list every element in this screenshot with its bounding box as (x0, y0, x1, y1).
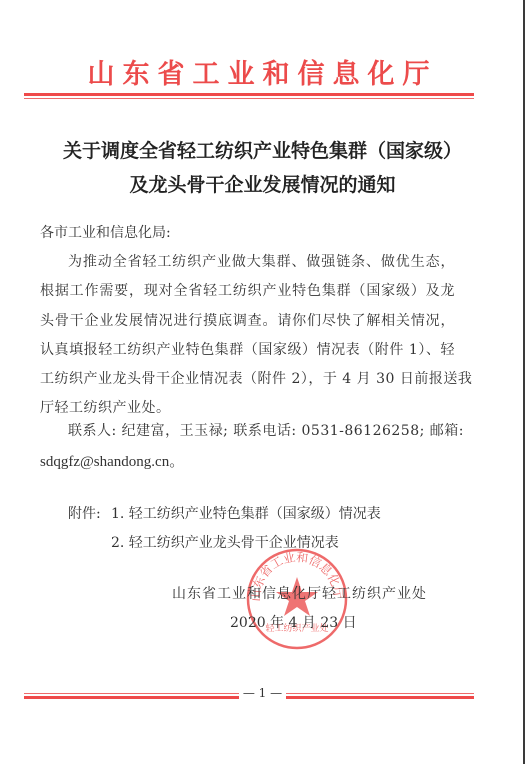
document-title-line2: 及龙头骨干企业发展情况的通知 (0, 168, 525, 202)
document-title-line1: 关于调度全省轻工纺织产业特色集群（国家级） (0, 134, 525, 168)
contact-email: sdqgfz@shandong.cn。 (40, 450, 184, 471)
contact-line: 联系人: 纪建富，王玉禄; 联系电话: 0531-86126258; 邮箱: (68, 420, 446, 440)
body-line: 头骨干企业发展情况进行摸底调查。请你们尽快了解相关情况， (40, 310, 455, 330)
body-line: 工纺织产业龙头骨干企业情况表（附件 2），于 4 月 30 日前报送我 (40, 368, 455, 388)
letterhead-title: 山东省工业和信息化厅 (0, 52, 525, 91)
salutation: 各市工业和信息化局: (40, 222, 171, 242)
body-line: 厅轻工纺织产业处。 (40, 397, 455, 417)
signature-organization: 山东省工业和信息化厅轻工纺织产业处 (172, 583, 427, 603)
body-line: 根据工作需要，现对全省轻工纺织产业特色集群（国家级）及龙 (40, 280, 455, 300)
document-title: 关于调度全省轻工纺织产业特色集群（国家级） 及龙头骨干企业发展情况的通知 (0, 134, 525, 202)
attachment-item: 1. 轻工纺织产业特色集群（国家级）情况表 (111, 503, 381, 523)
attachments-label: 附件: (68, 503, 101, 523)
body-line: 为推动全省轻工纺织产业做大集群、做强链条、做优生态， (68, 251, 455, 271)
body-line: 认真填报轻工纺织产业特色集群（国家级）情况表（附件 1）、轻 (40, 339, 455, 359)
page-number: — 1 — (0, 686, 525, 700)
letterhead-divider (24, 93, 474, 99)
signature-date: 2020 年 4 月 23 日 (230, 612, 357, 632)
